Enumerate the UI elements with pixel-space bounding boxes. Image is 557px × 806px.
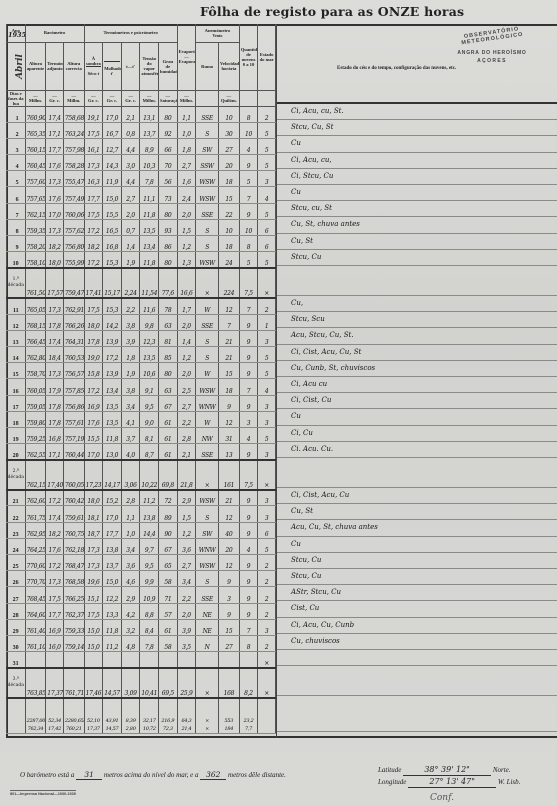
- cell-alt_cor: 762,91: [63, 298, 84, 314]
- day-number: 5: [7, 171, 26, 187]
- cell-term_adj: 17,8: [46, 395, 64, 411]
- day-number: 30: [7, 635, 26, 651]
- cell-rumo: WSW: [196, 379, 219, 395]
- unit-vel: — Quilóm.: [219, 90, 240, 106]
- cell-diff: 3,7: [121, 427, 140, 443]
- cell-seco: 17,8: [84, 330, 103, 346]
- total-evap: 64,3 21,4: [177, 698, 196, 734]
- cell-vel: 27: [219, 138, 240, 154]
- decade-seco: 17,23: [84, 460, 103, 490]
- cell-diff: 4,2: [121, 603, 140, 619]
- cell-molhado: 15,3: [103, 252, 122, 268]
- barometer-note-text2: metros acima do nível do mar, e a: [104, 771, 199, 779]
- col-corrected-height: Altura correcta: [63, 42, 84, 90]
- day-number: 17: [7, 395, 26, 411]
- cell-seco: 19,6: [84, 571, 103, 587]
- table-row: 1760,9017,4758,6819,117,02,113,1801,1SSE…: [7, 106, 276, 122]
- day-number: 26: [7, 571, 26, 587]
- signature: Conf.: [430, 793, 454, 803]
- cell-mar: 5: [258, 155, 276, 171]
- table-row: 3760,1517,7757,9816,112,74,48,9661,8SW27…: [7, 138, 276, 154]
- cell-vel: 12: [219, 506, 240, 522]
- cell-term_adj: 17,3: [46, 363, 64, 379]
- col-humidity: Grau de humidade: [159, 42, 178, 90]
- cell-humid: 81: [159, 330, 178, 346]
- cell-alt_ap: 760,15: [25, 138, 46, 154]
- cell-alt_ap: 758,20: [25, 236, 46, 252]
- cell-vel: 21: [219, 346, 240, 362]
- year-cell: Ano 1935: [7, 24, 26, 42]
- decade-diff: 3,09: [121, 668, 140, 698]
- remark-decade-row: [277, 266, 557, 296]
- cell-nuvens: 9: [239, 314, 258, 330]
- cell-nuvens: 9: [239, 490, 258, 506]
- decade-alt_cor: 759,47: [63, 268, 84, 298]
- cell-humid: 67: [159, 395, 178, 411]
- cell-nuvens: 9: [239, 363, 258, 379]
- cell-mar: 5: [258, 203, 276, 219]
- cell-nuvens: 9: [239, 522, 258, 538]
- table-row: 6757,6517,6757,4917,715,02,711,1732,4WSW…: [7, 187, 276, 203]
- cell-alt_cor: 762,37: [63, 603, 84, 619]
- cell-molhado: 13,4: [103, 379, 122, 395]
- printer-imprint: 801—Imprensa Nacional—1930-1939: [10, 790, 76, 796]
- decade-molhado: 14,17: [103, 460, 122, 490]
- cell-humid: 65: [159, 555, 178, 571]
- day-number: 25: [7, 555, 26, 571]
- remarks-column: OBSERVATÓRIO METEOROLÓGICO ANGRA DO HERO…: [276, 24, 557, 738]
- col-wet: Molhado t': [103, 42, 122, 90]
- cell-term_adj: 18,0: [46, 252, 64, 268]
- remark-decade-row: [277, 666, 557, 696]
- cell-alt_ap: 762,80: [25, 346, 46, 362]
- cell-mar: 5: [258, 252, 276, 268]
- day-number: 13: [7, 330, 26, 346]
- cell-seco: 17,3: [84, 155, 103, 171]
- cell-vel: 15: [219, 619, 240, 635]
- table-row: 14762,8018,4760,5319,017,21,813,5851,2S2…: [7, 346, 276, 362]
- total-mar: [258, 698, 276, 734]
- col-clouds: Quantidade de nuvens 0 a 10: [239, 24, 258, 90]
- cell-rumo: WSW: [196, 171, 219, 187]
- cell-evap: 3,6: [177, 538, 196, 554]
- cell-tensao: 9,8: [140, 314, 159, 330]
- cell-tensao: 9,9: [140, 571, 159, 587]
- cell-tensao: 11,8: [140, 203, 159, 219]
- cell-molhado: [103, 652, 122, 668]
- remark-row: Ci, Cist, Cu: [277, 393, 557, 409]
- cell-vel: 10: [219, 219, 240, 235]
- cell-tensao: 11,8: [140, 252, 159, 268]
- day-number: 21: [7, 490, 26, 506]
- cell-mar: ×: [258, 652, 276, 668]
- table-row: 13766,4517,4764,3117,813,93,912,3811,4S2…: [7, 330, 276, 346]
- cell-seco: [84, 652, 103, 668]
- cell-seco: 17,6: [84, 411, 103, 427]
- cell-evap: 2,0: [177, 314, 196, 330]
- cell-seco: 17,5: [84, 603, 103, 619]
- cell-alt_cor: 760,44: [63, 444, 84, 460]
- cell-tensao: 9,0: [140, 411, 159, 427]
- cell-evap: 1,6: [177, 171, 196, 187]
- cell-mar: 2: [258, 298, 276, 314]
- days-label: Dias e fases da lua: [7, 90, 26, 106]
- decade-nuvens: 7,5: [239, 268, 258, 298]
- remark-row: Stcu, cu, St: [277, 201, 557, 217]
- cell-molhado: 15,0: [103, 187, 122, 203]
- remark-row: Ci, Cist, Acu, Cu, St: [277, 345, 557, 361]
- longitude-suffix: W. Lisb.: [498, 778, 521, 786]
- decade-nuvens: 7,5: [239, 460, 258, 490]
- cell-alt_ap: 760,45: [25, 155, 46, 171]
- cell-molhado: 12,2: [103, 587, 122, 603]
- cell-evap: [177, 652, 196, 668]
- cell-molhado: 13,5: [103, 411, 122, 427]
- cell-alt_cor: 755,99: [63, 252, 84, 268]
- cell-molhado: 11,8: [103, 427, 122, 443]
- cell-diff: 3,6: [121, 555, 140, 571]
- barometer-note: O barómetro está a 31 metros acima do ní…: [20, 770, 286, 780]
- cell-diff: 2,0: [121, 203, 140, 219]
- cell-nuvens: 9: [239, 203, 258, 219]
- cell-evap: 2,8: [177, 427, 196, 443]
- cell-alt_ap: 768,15: [25, 314, 46, 330]
- decade-molhado: 15,17: [103, 268, 122, 298]
- decade-label: 3.ª década: [7, 668, 26, 698]
- latitude-line: Latitude 38° 39' 12" Norte.: [378, 764, 520, 776]
- table-row: 22761,7517,4759,6118,117,01,113,8891,5S1…: [7, 506, 276, 522]
- cell-term_adj: 17,8: [46, 411, 64, 427]
- cell-rumo: W: [196, 411, 219, 427]
- cell-rumo: SSE: [196, 203, 219, 219]
- remark-row: Acu, Stcu, Cu, St.: [277, 328, 557, 344]
- cell-seco: 18,2: [84, 236, 103, 252]
- cell-tensao: 13,1: [140, 106, 159, 122]
- cell-nuvens: 9: [239, 346, 258, 362]
- day-number: 2: [7, 122, 26, 138]
- cell-humid: 58: [159, 571, 178, 587]
- decade-nuvens: 8,2: [239, 668, 258, 698]
- cell-tensao: 7,8: [140, 171, 159, 187]
- cell-term_adj: 17,8: [46, 314, 64, 330]
- cell-alt_ap: 759,05: [25, 395, 46, 411]
- cell-nuvens: 9: [239, 587, 258, 603]
- cell-alt_cor: 757,98: [63, 138, 84, 154]
- cell-alt_ap: 764,25: [25, 538, 46, 554]
- col-wind-speed: Velocidade horária: [219, 42, 240, 90]
- cell-seco: 17,2: [84, 252, 103, 268]
- col-vapor-tension: Tensão do vapor atmosférico: [140, 42, 159, 90]
- cell-humid: 90: [159, 522, 178, 538]
- table-row: 31×: [7, 652, 276, 668]
- group-anemometer: Anemómetro Vento: [196, 24, 239, 42]
- cell-evap: 2,5: [177, 379, 196, 395]
- cell-humid: 63: [159, 379, 178, 395]
- cell-vel: 12: [219, 411, 240, 427]
- cell-diff: 1,9: [121, 252, 140, 268]
- cell-evap: 2,7: [177, 555, 196, 571]
- cell-mar: 5: [258, 346, 276, 362]
- decade-tensao: 11,54: [140, 268, 159, 298]
- title-prefix: Fôlha de registo para as: [200, 4, 373, 19]
- cell-vel: 7: [219, 314, 240, 330]
- cell-term_adj: 17,3: [46, 171, 64, 187]
- stamp-islands: AÇORES: [437, 58, 547, 64]
- cell-diff: 3,2: [121, 619, 140, 635]
- cell-humid: 80: [159, 106, 178, 122]
- latitude-label: Latitude: [378, 766, 401, 774]
- cell-alt_ap: 759,35: [25, 219, 46, 235]
- cell-tensao: 9,7: [140, 538, 159, 554]
- cell-evap: 3,9: [177, 619, 196, 635]
- col-difference: t—t': [121, 42, 140, 90]
- cell-nuvens: 5: [239, 171, 258, 187]
- day-number: 11: [7, 298, 26, 314]
- cell-vel: 22: [219, 203, 240, 219]
- cell-diff: 0,7: [121, 219, 140, 235]
- decade-rumo: ×: [196, 268, 219, 298]
- decade-term_adj: 17,57: [46, 268, 64, 298]
- table-row: 11765,0517,3762,9117,515,32,211,6781,7W1…: [7, 298, 276, 314]
- cell-alt_cor: 758,68: [63, 106, 84, 122]
- decade-rumo: ×: [196, 460, 219, 490]
- cell-term_adj: 17,1: [46, 122, 64, 138]
- cell-nuvens: 9: [239, 330, 258, 346]
- cell-rumo: WSW: [196, 490, 219, 506]
- day-number: 20: [7, 444, 26, 460]
- cell-molhado: 15,3: [103, 298, 122, 314]
- cell-evap: 1,5: [177, 219, 196, 235]
- remark-row: Cu, Cunb, St, chuviscos: [277, 361, 557, 377]
- day-number: 18: [7, 411, 26, 427]
- longitude-label: Longitude: [378, 778, 406, 786]
- cell-nuvens: 9: [239, 155, 258, 171]
- cell-rumo: SSW: [196, 155, 219, 171]
- cell-rumo: S: [196, 236, 219, 252]
- cell-diff: 2,2: [121, 298, 140, 314]
- cell-diff: 2,1: [121, 106, 140, 122]
- cell-alt_cor: 760,06: [63, 203, 84, 219]
- decade-mar: ×: [258, 268, 276, 298]
- cell-evap: 1,8: [177, 138, 196, 154]
- cell-rumo: S: [196, 122, 219, 138]
- cell-evap: 2,4: [177, 187, 196, 203]
- cell-humid: 80: [159, 203, 178, 219]
- cell-mar: 2: [258, 603, 276, 619]
- cell-nuvens: 7: [239, 619, 258, 635]
- remarks-header: OBSERVATÓRIO METEOROLÓGICO ANGRA DO HERO…: [277, 24, 557, 104]
- cell-seco: 17,2: [84, 379, 103, 395]
- col-wind-direction: Rumo: [196, 42, 219, 90]
- cell-term_adj: 17,3: [46, 571, 64, 587]
- cell-alt_cor: 756,86: [63, 395, 84, 411]
- month-value: Abril: [18, 54, 23, 79]
- unit-tensao: — Millm.: [140, 90, 159, 106]
- decade-vel: 168: [219, 668, 240, 698]
- cell-vel: 18: [219, 236, 240, 252]
- cell-alt_ap: 759,25: [25, 427, 46, 443]
- shade-label: À sombra: [86, 56, 102, 67]
- group-thermometers: Termómetros e psicrómetro: [84, 24, 177, 42]
- cell-diff: 2,9: [121, 587, 140, 603]
- register-sheet: Fôlha de registo para as ONZE horas Ano …: [0, 0, 557, 806]
- cell-alt_ap: 758,10: [25, 252, 46, 268]
- cell-seco: 17,5: [84, 122, 103, 138]
- cell-rumo: W: [196, 298, 219, 314]
- table-row: 17759,0517,8756,8616,913,53,49,5672,7WNW…: [7, 395, 276, 411]
- cell-diff: 4,0: [121, 444, 140, 460]
- cell-term_adj: 17,6: [46, 155, 64, 171]
- cell-seco: 18,1: [84, 506, 103, 522]
- cell-humid: 70: [159, 155, 178, 171]
- remark-row: Cu, chuviscos: [277, 634, 557, 650]
- day-number: 8: [7, 219, 26, 235]
- decade-evap: 21,8: [177, 460, 196, 490]
- cell-humid: 71: [159, 587, 178, 603]
- cell-tensao: 13,5: [140, 346, 159, 362]
- cell-alt_ap: 762,55: [25, 444, 46, 460]
- table-row: 12768,1517,8766,2618,014,23,89,8632,0SSE…: [7, 314, 276, 330]
- cell-tensao: 12,3: [140, 330, 159, 346]
- table-row: 28764,6017,7762,3717,513,34,28,8572,0NE9…: [7, 603, 276, 619]
- cell-mar: 2: [258, 555, 276, 571]
- total-term_adj: 52,34 17,42: [46, 698, 64, 734]
- day-number: 6: [7, 187, 26, 203]
- cell-diff: [121, 652, 140, 668]
- cell-nuvens: 8: [239, 236, 258, 252]
- cell-diff: 3,9: [121, 330, 140, 346]
- cell-alt_cor: 760,42: [63, 490, 84, 506]
- cell-seco: 16,1: [84, 138, 103, 154]
- cell-rumo: SSE: [196, 106, 219, 122]
- remark-row: Cu: [277, 537, 557, 553]
- cell-vel: 20: [219, 155, 240, 171]
- cell-term_adj: 18,4: [46, 346, 64, 362]
- day-number: 29: [7, 619, 26, 635]
- day-number: 23: [7, 522, 26, 538]
- cell-alt_ap: 760,90: [25, 106, 46, 122]
- cell-alt_ap: 765,05: [25, 298, 46, 314]
- cell-humid: 61: [159, 411, 178, 427]
- col-sea-state: Estado do mar: [258, 24, 276, 90]
- remark-row: Stcu, Cu: [277, 569, 557, 585]
- remark-row: Stcu, Cu, St: [277, 120, 557, 136]
- cell-humid: 61: [159, 619, 178, 635]
- total-molhado: 43,91 14,57: [103, 698, 122, 734]
- remark-row: Cu: [277, 185, 557, 201]
- cell-mar: 3: [258, 506, 276, 522]
- cell-evap: 1,1: [177, 106, 196, 122]
- latitude-suffix: Norte.: [493, 766, 511, 774]
- cell-diff: 3,8: [121, 379, 140, 395]
- cell-diff: 1,8: [121, 346, 140, 362]
- remark-row: Stcu, Cu: [277, 553, 557, 569]
- decade-evap: 16,6: [177, 268, 196, 298]
- cell-molhado: 14,2: [103, 314, 122, 330]
- cell-tensao: 13,5: [140, 219, 159, 235]
- cell-humid: 89: [159, 506, 178, 522]
- cell-rumo: N: [196, 635, 219, 651]
- cell-alt_cor: 766,26: [63, 314, 84, 330]
- cell-alt_cor: 757,49: [63, 187, 84, 203]
- group-barometer: Barómetro: [25, 24, 84, 42]
- cell-diff: 1,0: [121, 522, 140, 538]
- cell-seco: 18,0: [84, 490, 103, 506]
- cell-term_adj: 17,4: [46, 330, 64, 346]
- cell-evap: 2,0: [177, 203, 196, 219]
- cell-evap: 2,7: [177, 395, 196, 411]
- cell-term_adj: 16,0: [46, 635, 64, 651]
- unit-mar: [258, 90, 276, 106]
- remark-row: AStr, Stcu, Cu: [277, 585, 557, 601]
- decade-alt_cor: 760,053: [63, 460, 84, 490]
- cell-molhado: 11,8: [103, 619, 122, 635]
- day-number: 12: [7, 314, 26, 330]
- cell-tensao: 9,5: [140, 555, 159, 571]
- unit-alt_cor: — Millm.: [63, 90, 84, 106]
- cell-tensao: 11,6: [140, 298, 159, 314]
- wind-label: Vento: [213, 33, 223, 38]
- decade-rumo: ×: [196, 668, 219, 698]
- cell-mar: 4: [258, 187, 276, 203]
- cell-nuvens: 10: [239, 122, 258, 138]
- total-nuvens: 23,2 7,7: [239, 698, 258, 734]
- decade-tensao: 10,41: [140, 668, 159, 698]
- unit-humid: — Saturação=100: [159, 90, 178, 106]
- total-humid: 216,9 72,3: [159, 698, 178, 734]
- cell-nuvens: 8: [239, 635, 258, 651]
- day-number: 14: [7, 346, 26, 362]
- cell-vel: 12: [219, 555, 240, 571]
- table-row: 29761,4016,9759,3315,011,83,28,4613,9NE1…: [7, 619, 276, 635]
- decade-alt_ap: 763,850: [25, 668, 46, 698]
- cell-tensao: 8,7: [140, 444, 159, 460]
- cell-alt_cor: 762,18: [63, 538, 84, 554]
- cell-alt_ap: 761,10: [25, 635, 46, 651]
- total-alt_ap: 2287,005 762,34: [25, 698, 46, 734]
- cell-rumo: S: [196, 346, 219, 362]
- cell-evap: 1,3: [177, 252, 196, 268]
- table-row: 2765,3517,1763,2417,516,70,813,7921,0S30…: [7, 122, 276, 138]
- total-rumo: × ×: [196, 698, 219, 734]
- cell-alt_ap: 762,15: [25, 203, 46, 219]
- remark-row: Ci, Acu, cu,: [277, 153, 557, 169]
- cell-alt_cor: 757,19: [63, 427, 84, 443]
- cell-alt_ap: 762,95: [25, 522, 46, 538]
- cell-vel: 30: [219, 122, 240, 138]
- total-diff: 8,39 2,80: [121, 698, 140, 734]
- day-number: 7: [7, 203, 26, 219]
- table-row: 23762,9518,2760,7518,717,71,014,4901,2SW…: [7, 522, 276, 538]
- cell-term_adj: 17,4: [46, 106, 64, 122]
- barometer-note-text1: O barómetro está a: [20, 771, 74, 779]
- cell-mar: 6: [258, 219, 276, 235]
- cell-diff: 4,8: [121, 635, 140, 651]
- decade-label: 2.ª década: [7, 460, 26, 490]
- cell-tensao: 8,8: [140, 603, 159, 619]
- title-hour: ONZE: [378, 4, 420, 19]
- cell-diff: 0,8: [121, 122, 140, 138]
- cell-tensao: 10,3: [140, 155, 159, 171]
- cell-rumo: S: [196, 219, 219, 235]
- cell-alt_cor: 766,25: [63, 587, 84, 603]
- total-seco: 52,10 17,37: [84, 698, 103, 734]
- remark-row: Ci, Acu, cu, St.: [277, 104, 557, 120]
- cell-mar: 4: [258, 379, 276, 395]
- cell-mar: 3: [258, 395, 276, 411]
- cell-humid: 63: [159, 314, 178, 330]
- cell-term_adj: 17,9: [46, 379, 64, 395]
